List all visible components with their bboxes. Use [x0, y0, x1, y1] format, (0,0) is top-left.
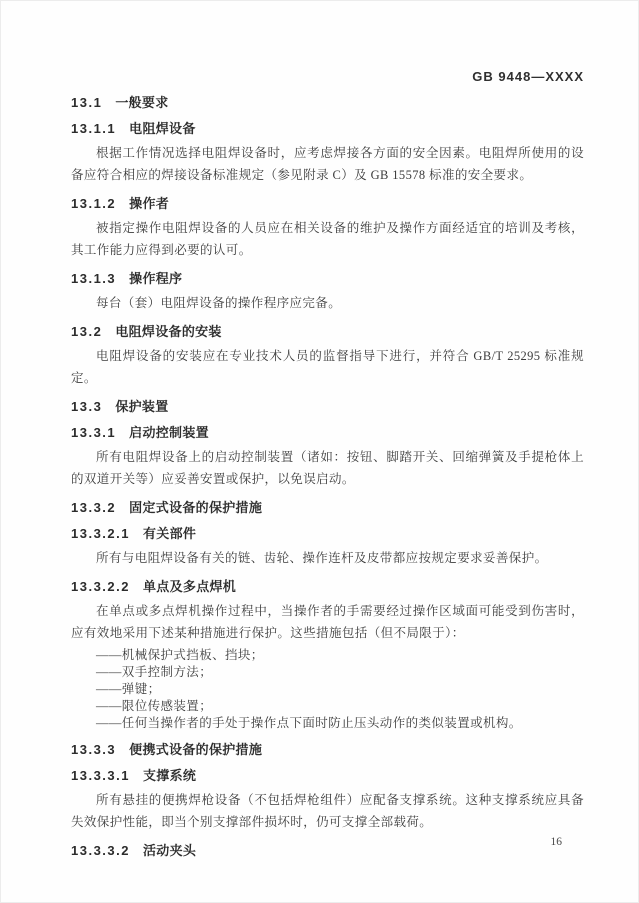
section-number: 13.1: [71, 94, 102, 111]
section-heading: 13.3.2.1有关部件: [71, 525, 584, 542]
dash-list-item: ——弹键；: [96, 681, 584, 698]
section-number: 13.3.2.2: [71, 578, 130, 595]
dash-list-item: ——机械保护式挡板、挡块；: [96, 647, 584, 664]
section-number: 13.3.2: [71, 499, 116, 516]
section-heading: 13.1.2操作者: [71, 195, 584, 212]
section-heading: 13.1.3操作程序: [71, 270, 584, 287]
section-title: 固定式设备的保护措施: [129, 500, 262, 515]
section-title: 单点及多点焊机: [143, 579, 236, 594]
section-heading: 13.1.1电阻焊设备: [71, 120, 584, 137]
section-number: 13.1.1: [71, 120, 116, 137]
section-title: 电阻焊设备的安装: [115, 324, 221, 339]
section-number: 13.3.3: [71, 741, 116, 758]
section-title: 操作程序: [129, 271, 182, 286]
section-number: 13.1.3: [71, 270, 116, 287]
section-number: 13.3.3.2: [71, 842, 130, 859]
section-heading: 13.2电阻焊设备的安装: [71, 323, 584, 340]
paragraph: 所有悬挂的便携焊枪设备（不包括焊枪组件）应配备支撑系统。这种支撑系统应具备失效保…: [71, 789, 584, 833]
section-title: 便携式设备的保护措施: [129, 742, 262, 757]
section-number: 13.3.1: [71, 424, 116, 441]
document-page: GB 9448—XXXX 13.1一般要求13.1.1电阻焊设备根据工作情况选择…: [0, 0, 639, 903]
section-heading: 13.3.3.2活动夹头: [71, 842, 584, 859]
paragraph: 在单点或多点焊机操作过程中，当操作者的手需要经过操作区域面可能受到伤害时，应有效…: [71, 600, 584, 644]
section-title: 启动控制装置: [129, 425, 209, 440]
section-title: 支撑系统: [143, 768, 196, 783]
section-number: 13.1.2: [71, 195, 116, 212]
section-title: 有关部件: [143, 526, 196, 541]
paragraph: 每台（套）电阻焊设备的操作程序应完备。: [71, 292, 584, 314]
section-heading: 13.3保护装置: [71, 398, 584, 415]
document-body: 13.1一般要求13.1.1电阻焊设备根据工作情况选择电阻焊设备时，应考虑焊接各…: [71, 94, 584, 859]
section-title: 电阻焊设备: [129, 121, 196, 136]
section-title: 保护装置: [115, 399, 168, 414]
paragraph: 所有与电阻焊设备有关的链、齿轮、操作连杆及皮带都应按规定要求妥善保护。: [71, 547, 584, 569]
section-title: 操作者: [129, 196, 169, 211]
section-number: 13.3: [71, 398, 102, 415]
dash-list-item: ——限位传感装置；: [96, 698, 584, 715]
section-number: 13.3.2.1: [71, 525, 130, 542]
section-number: 13.3.3.1: [71, 767, 130, 784]
section-heading: 13.3.1启动控制装置: [71, 424, 584, 441]
page-number: 16: [551, 836, 563, 848]
section-title: 一般要求: [115, 95, 168, 110]
section-heading: 13.3.3便携式设备的保护措施: [71, 741, 584, 758]
dash-list-item: ——双手控制方法；: [96, 664, 584, 681]
section-heading: 13.3.2固定式设备的保护措施: [71, 499, 584, 516]
section-title: 活动夹头: [143, 843, 196, 858]
standard-code-header: GB 9448—XXXX: [71, 69, 584, 85]
paragraph: 所有电阻焊设备上的启动控制装置（诸如：按钮、脚踏开关、回缩弹簧及手提枪体上的双道…: [71, 446, 584, 490]
paragraph: 被指定操作电阻焊设备的人员应在相关设备的维护及操作方面经适宜的培训及考核，其工作…: [71, 217, 584, 261]
section-heading: 13.1一般要求: [71, 94, 584, 111]
paragraph: 根据工作情况选择电阻焊设备时，应考虑焊接各方面的安全因素。电阻焊所使用的设备应符…: [71, 142, 584, 186]
section-number: 13.2: [71, 323, 102, 340]
paragraph: 电阻焊设备的安装应在专业技术人员的监督指导下进行，并符合 GB/T 25295 …: [71, 345, 584, 389]
dash-list-item: ——任何当操作者的手处于操作点下面时防止压头动作的类似装置或机构。: [96, 715, 584, 732]
section-heading: 13.3.3.1支撑系统: [71, 767, 584, 784]
section-heading: 13.3.2.2单点及多点焊机: [71, 578, 584, 595]
